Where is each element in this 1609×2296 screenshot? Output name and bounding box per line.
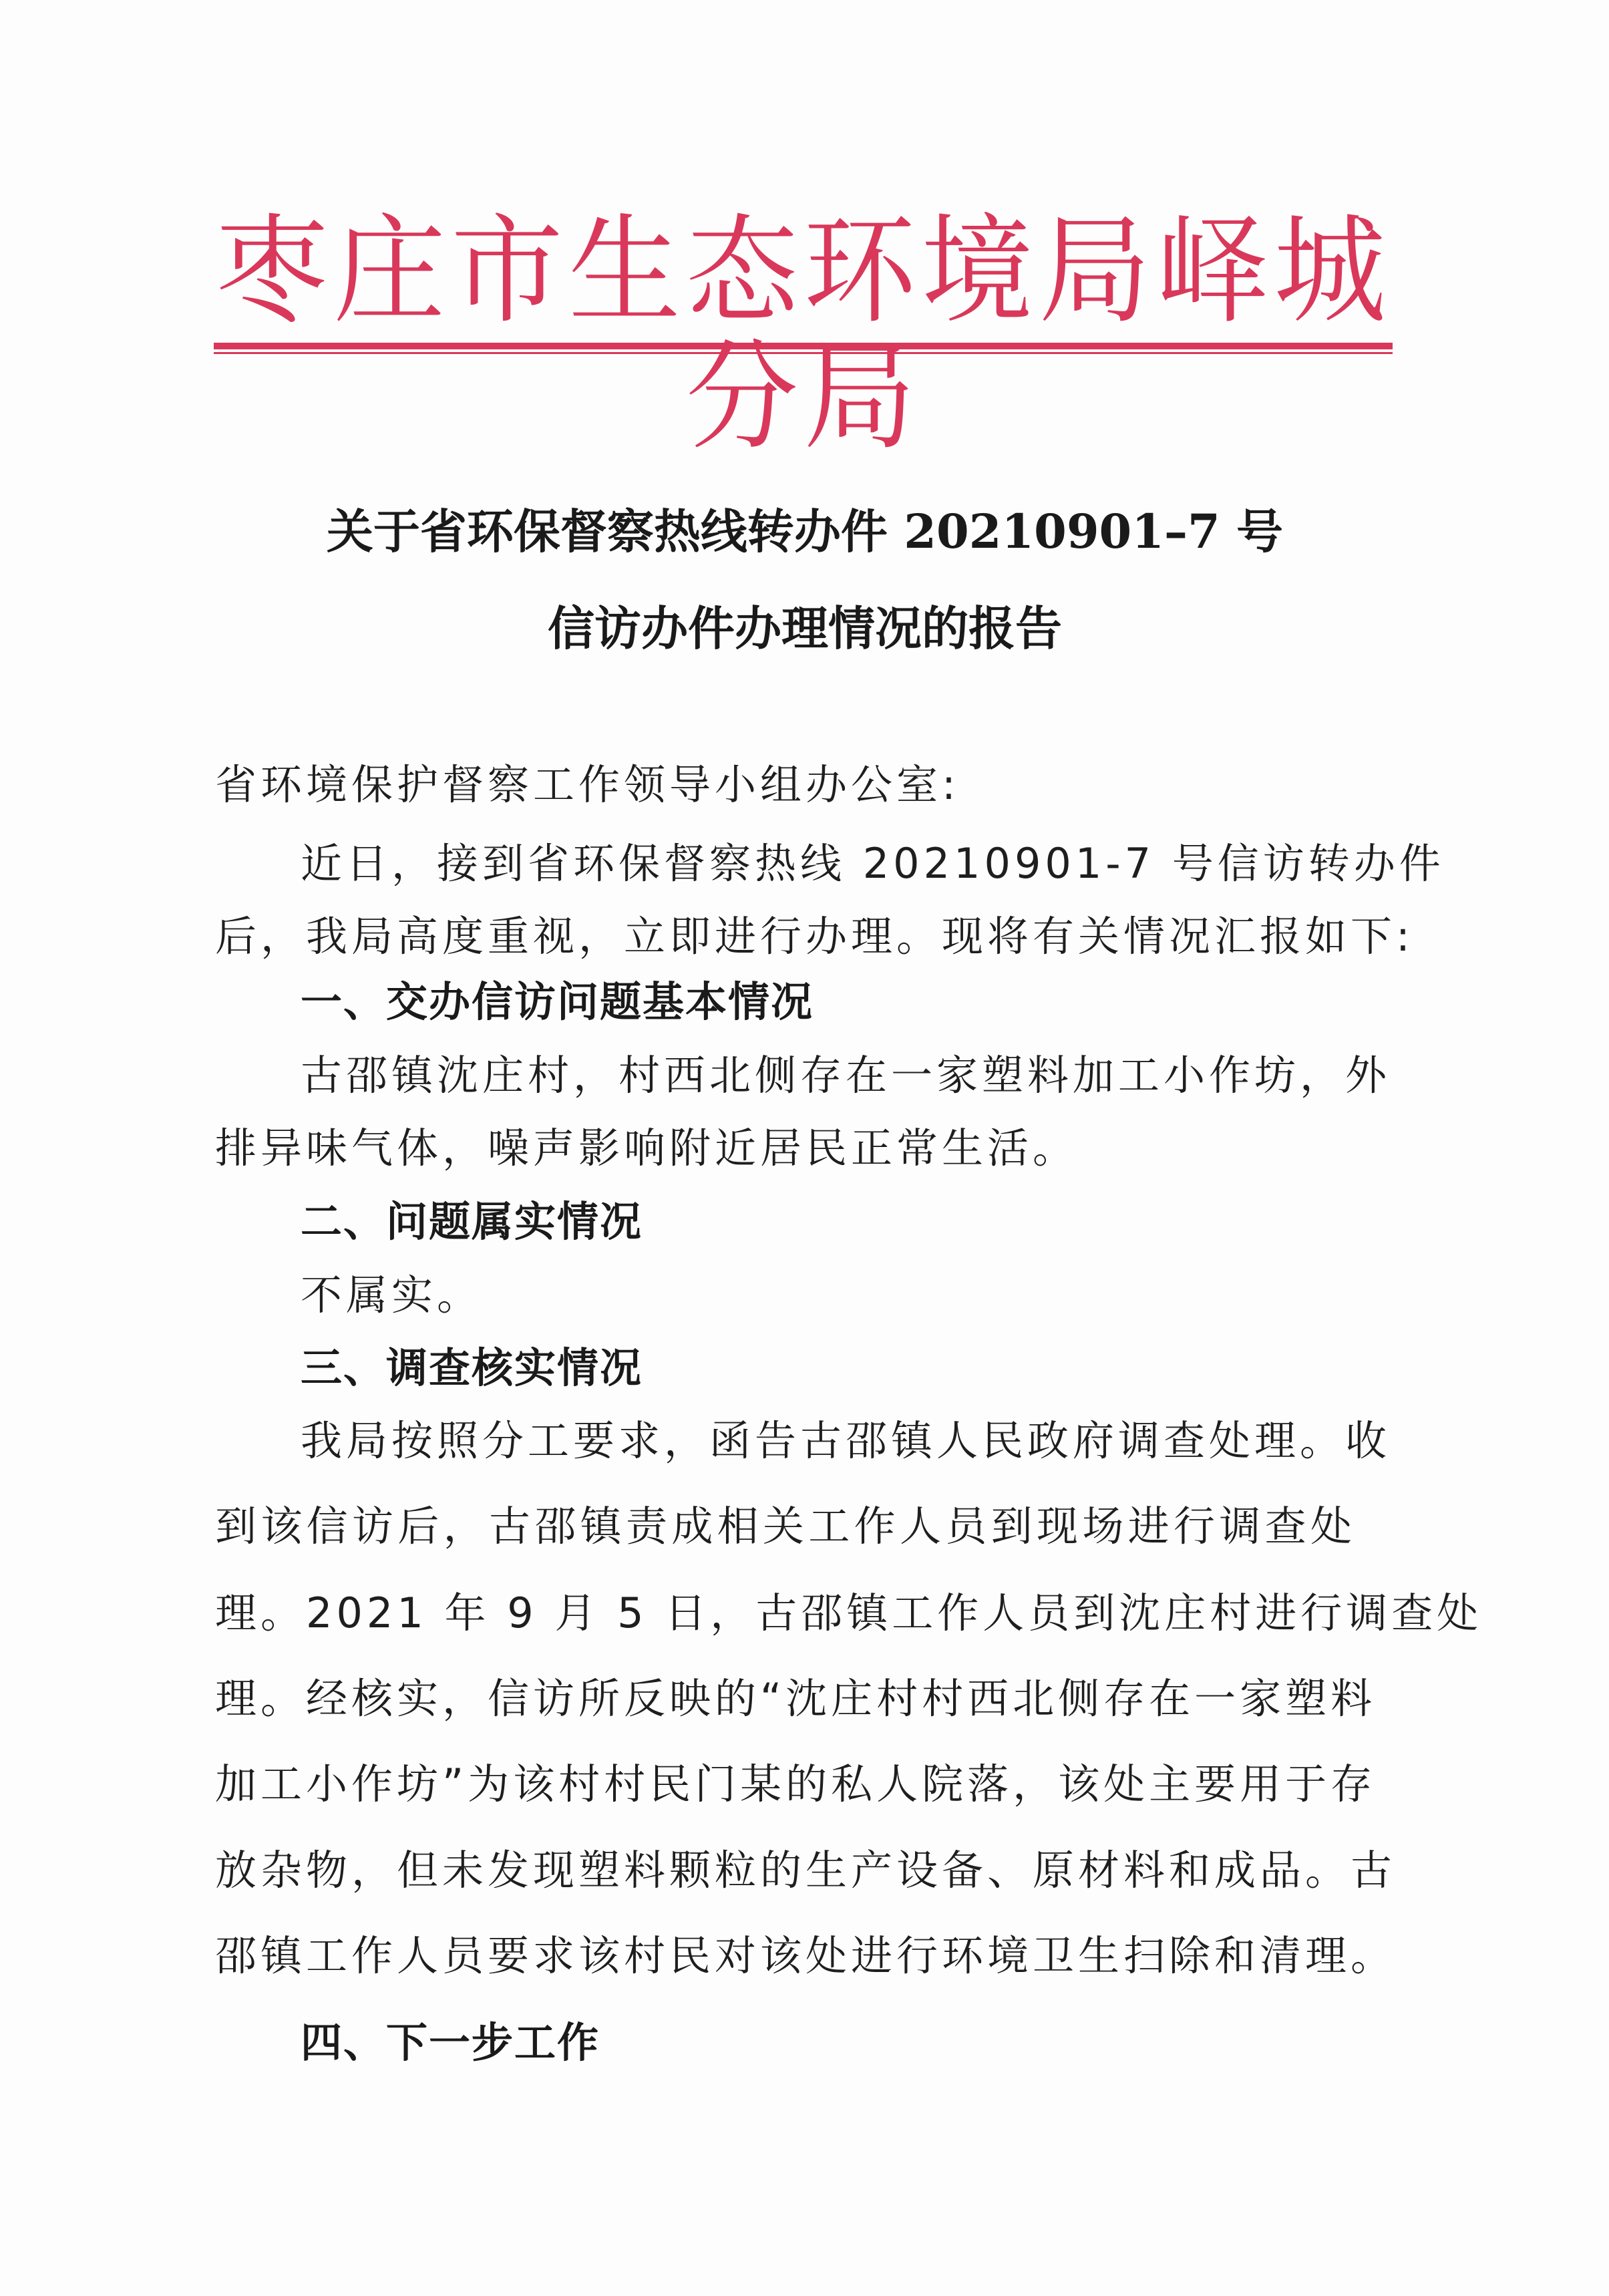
intro-line: 后，我局高度重视，立即进行办理。现将有关情况汇报如下: [215, 913, 1356, 960]
agency-masthead: 枣庄市生态环境局峄城分局 [212, 208, 1395, 460]
body-line: 不属实。 [301, 1272, 482, 1319]
document-page: 枣庄市生态环境局峄城分局 关于省环保督察热线转办件 20210901–7 号 信… [0, 0, 1609, 2296]
body-line: 排异味气体，噪声影响附近居民正常生活。 [215, 1125, 1078, 1172]
body-line: 加工小作坊”为该村村民门某的私人院落，该处主要用于存 [215, 1761, 1356, 1808]
section-heading-4: 四、下一步工作 [301, 2019, 600, 2066]
section-heading-2: 二、问题属实情况 [301, 1198, 643, 1245]
body-line: 理。2021 年 9 月 5 日，古邵镇工作人员到沈庄村进行调查处 [215, 1590, 1356, 1637]
salutation: 省环境保护督察工作领导小组办公室: [215, 762, 960, 808]
document-title-line1: 关于省环保督察热线转办件 20210901–7 号 [200, 494, 1409, 562]
document-title-line2: 信访办件办理情况的报告 [200, 591, 1409, 659]
red-header-rule-thin [214, 352, 1393, 354]
body-line: 理。经核实，信访所反映的“沈庄村村西北侧存在一家塑料 [215, 1675, 1356, 1722]
body-line: 古邵镇沈庄村，村西北侧存在一家塑料加工小作坊，外 [301, 1052, 1356, 1099]
body-line: 放杂物，但未发现塑料颗粒的生产设备、原材料和成品。古 [215, 1847, 1356, 1894]
body-line: 到该信访后，古邵镇责成相关工作人员到现场进行调查处 [215, 1503, 1356, 1550]
body-line: 邵镇工作人员要求该村民对该处进行环境卫生扫除和清理。 [215, 1933, 1396, 1979]
section-heading-1: 一、交办信访问题基本情况 [301, 979, 814, 1025]
red-header-rule [214, 343, 1393, 349]
section-heading-3: 三、调查核实情况 [301, 1345, 643, 1391]
intro-line: 近日，接到省环保督察热线 20210901-7 号信访转办件 [301, 840, 1356, 887]
body-line: 我局按照分工要求，函告古邵镇人民政府调查处理。收 [301, 1418, 1356, 1464]
